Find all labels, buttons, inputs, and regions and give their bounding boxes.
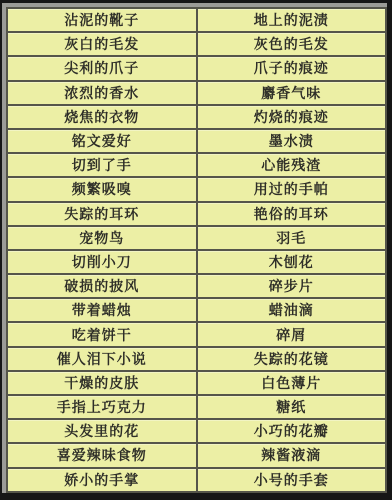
table-cell: 头发里的花 — [7, 419, 197, 443]
screenshot-root: 沾泥的靴子地上的泥渍灰白的毛发灰色的毛发尖利的爪子爪子的痕迹浓烈的香水麝香气味烧… — [0, 0, 392, 500]
table-cell: 失踪的耳环 — [7, 202, 197, 226]
table-cell: 碎步片 — [197, 274, 387, 298]
table-row: 烧焦的衣物灼烧的痕迹 — [7, 105, 386, 129]
table-cell: 催人泪下小说 — [7, 347, 197, 371]
table-cell: 小巧的花瓣 — [197, 419, 387, 443]
table-row: 手指上巧克力糖纸 — [7, 395, 386, 419]
table-cell: 羽毛 — [197, 226, 387, 250]
table-row: 娇小的手掌小号的手套 — [7, 468, 386, 492]
table-cell: 辣酱液滴 — [197, 443, 387, 467]
table-cell: 心能残渣 — [197, 153, 387, 177]
table-row: 失踪的耳环艳俗的耳环 — [7, 202, 386, 226]
table-cell: 蜡油滴 — [197, 298, 387, 322]
table-cell: 灰色的毛发 — [197, 32, 387, 56]
table-row: 铭文爱好墨水渍 — [7, 129, 386, 153]
table-row: 喜爱辣味食物辣酱液滴 — [7, 443, 386, 467]
table-cell: 麝香气味 — [197, 81, 387, 105]
table-cell: 频繁吸嗅 — [7, 177, 197, 201]
table-cell: 地上的泥渍 — [197, 8, 387, 32]
table-cell: 爪子的痕迹 — [197, 56, 387, 80]
table-container: 沾泥的靴子地上的泥渍灰白的毛发灰色的毛发尖利的爪子爪子的痕迹浓烈的香水麝香气味烧… — [6, 7, 387, 493]
table-cell: 白色薄片 — [197, 371, 387, 395]
table-row: 频繁吸嗅用过的手帕 — [7, 177, 386, 201]
table-cell: 切到了手 — [7, 153, 197, 177]
table-cell: 木刨花 — [197, 250, 387, 274]
table-cell: 娇小的手掌 — [7, 468, 197, 492]
table-cell: 灼烧的痕迹 — [197, 105, 387, 129]
table-cell: 破损的披风 — [7, 274, 197, 298]
table-cell: 干燥的皮肤 — [7, 371, 197, 395]
table-cell: 切削小刀 — [7, 250, 197, 274]
table-row: 切到了手心能残渣 — [7, 153, 386, 177]
table-cell: 带着蜡烛 — [7, 298, 197, 322]
clue-match-table: 沾泥的靴子地上的泥渍灰白的毛发灰色的毛发尖利的爪子爪子的痕迹浓烈的香水麝香气味烧… — [6, 7, 387, 493]
table-row: 头发里的花小巧的花瓣 — [7, 419, 386, 443]
table-cell: 墨水渍 — [197, 129, 387, 153]
table-row: 灰白的毛发灰色的毛发 — [7, 32, 386, 56]
table-row: 沾泥的靴子地上的泥渍 — [7, 8, 386, 32]
table-cell: 失踪的花镜 — [197, 347, 387, 371]
table-cell: 喜爱辣味食物 — [7, 443, 197, 467]
table-cell: 艳俗的耳环 — [197, 202, 387, 226]
table-row: 带着蜡烛蜡油滴 — [7, 298, 386, 322]
clue-table-body: 沾泥的靴子地上的泥渍灰白的毛发灰色的毛发尖利的爪子爪子的痕迹浓烈的香水麝香气味烧… — [7, 8, 386, 492]
table-cell: 宠物鸟 — [7, 226, 197, 250]
table-cell: 糖纸 — [197, 395, 387, 419]
table-row: 尖利的爪子爪子的痕迹 — [7, 56, 386, 80]
table-row: 浓烈的香水麝香气味 — [7, 81, 386, 105]
table-cell: 手指上巧克力 — [7, 395, 197, 419]
table-cell: 碎屑 — [197, 322, 387, 346]
table-cell: 灰白的毛发 — [7, 32, 197, 56]
table-cell: 吃着饼干 — [7, 322, 197, 346]
table-row: 吃着饼干碎屑 — [7, 322, 386, 346]
table-cell: 铭文爱好 — [7, 129, 197, 153]
window-inner-margin: 沾泥的靴子地上的泥渍灰白的毛发灰色的毛发尖利的爪子爪子的痕迹浓烈的香水麝香气味烧… — [2, 3, 387, 493]
table-cell: 尖利的爪子 — [7, 56, 197, 80]
table-cell: 浓烈的香水 — [7, 81, 197, 105]
table-row: 破损的披风碎步片 — [7, 274, 386, 298]
table-cell: 用过的手帕 — [197, 177, 387, 201]
table-row: 干燥的皮肤白色薄片 — [7, 371, 386, 395]
table-row: 催人泪下小说失踪的花镜 — [7, 347, 386, 371]
table-cell: 烧焦的衣物 — [7, 105, 197, 129]
table-cell: 沾泥的靴子 — [7, 8, 197, 32]
table-cell: 小号的手套 — [197, 468, 387, 492]
table-row: 宠物鸟羽毛 — [7, 226, 386, 250]
table-row: 切削小刀木刨花 — [7, 250, 386, 274]
